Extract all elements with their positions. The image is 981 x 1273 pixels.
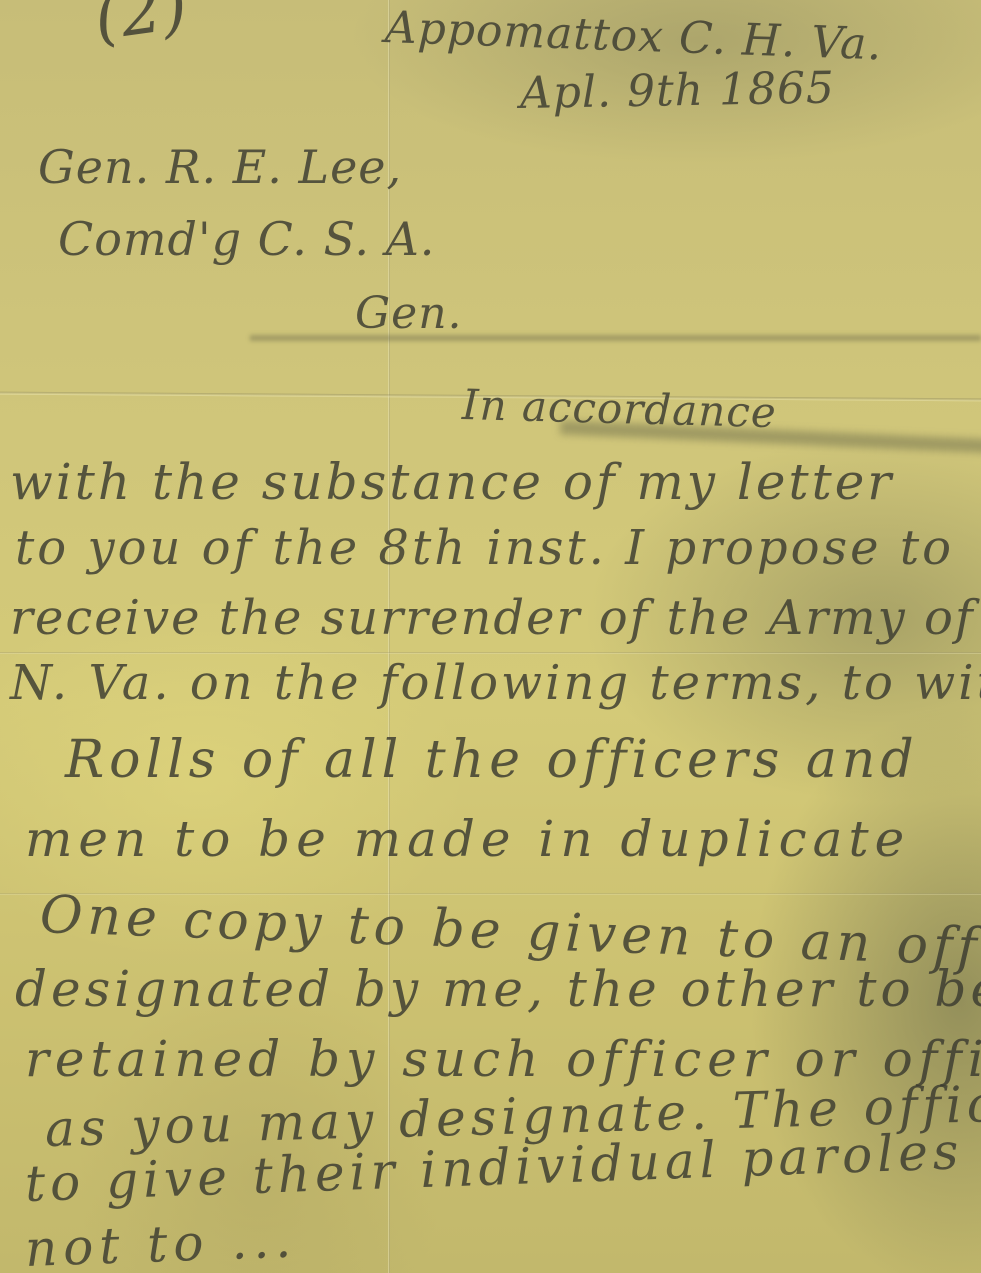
addressee-name: Gen. R. E. Lee,	[38, 140, 402, 194]
body-line: men to be made in duplicate	[25, 810, 910, 868]
salutation: Gen.	[355, 288, 463, 339]
body-line: receive the surrender of the Army of	[10, 590, 975, 646]
body-line: Rolls of all the officers and	[65, 730, 919, 790]
page-number-mark: (2)	[90, 0, 193, 56]
body-line: designated by me, the other to be	[15, 960, 981, 1018]
body-line: to you of the 8th inst. I propose to	[15, 520, 954, 576]
letter-page: (2) Appomattox C. H. Va. Apl. 9th 1865 G…	[0, 0, 981, 1273]
date-line: Apl. 9th 1865	[520, 63, 836, 119]
place-line: Appomattox C. H. Va.	[384, 2, 883, 70]
horizontal-fold-crease	[0, 652, 981, 654]
body-line: not to ...	[24, 1211, 298, 1273]
body-line: N. Va. on the following terms, to wit:	[10, 655, 981, 711]
body-line: with the substance of my letter	[10, 453, 894, 511]
addressee-title: Comd'g C. S. A.	[58, 212, 435, 266]
body-line: In accordance	[461, 380, 777, 437]
